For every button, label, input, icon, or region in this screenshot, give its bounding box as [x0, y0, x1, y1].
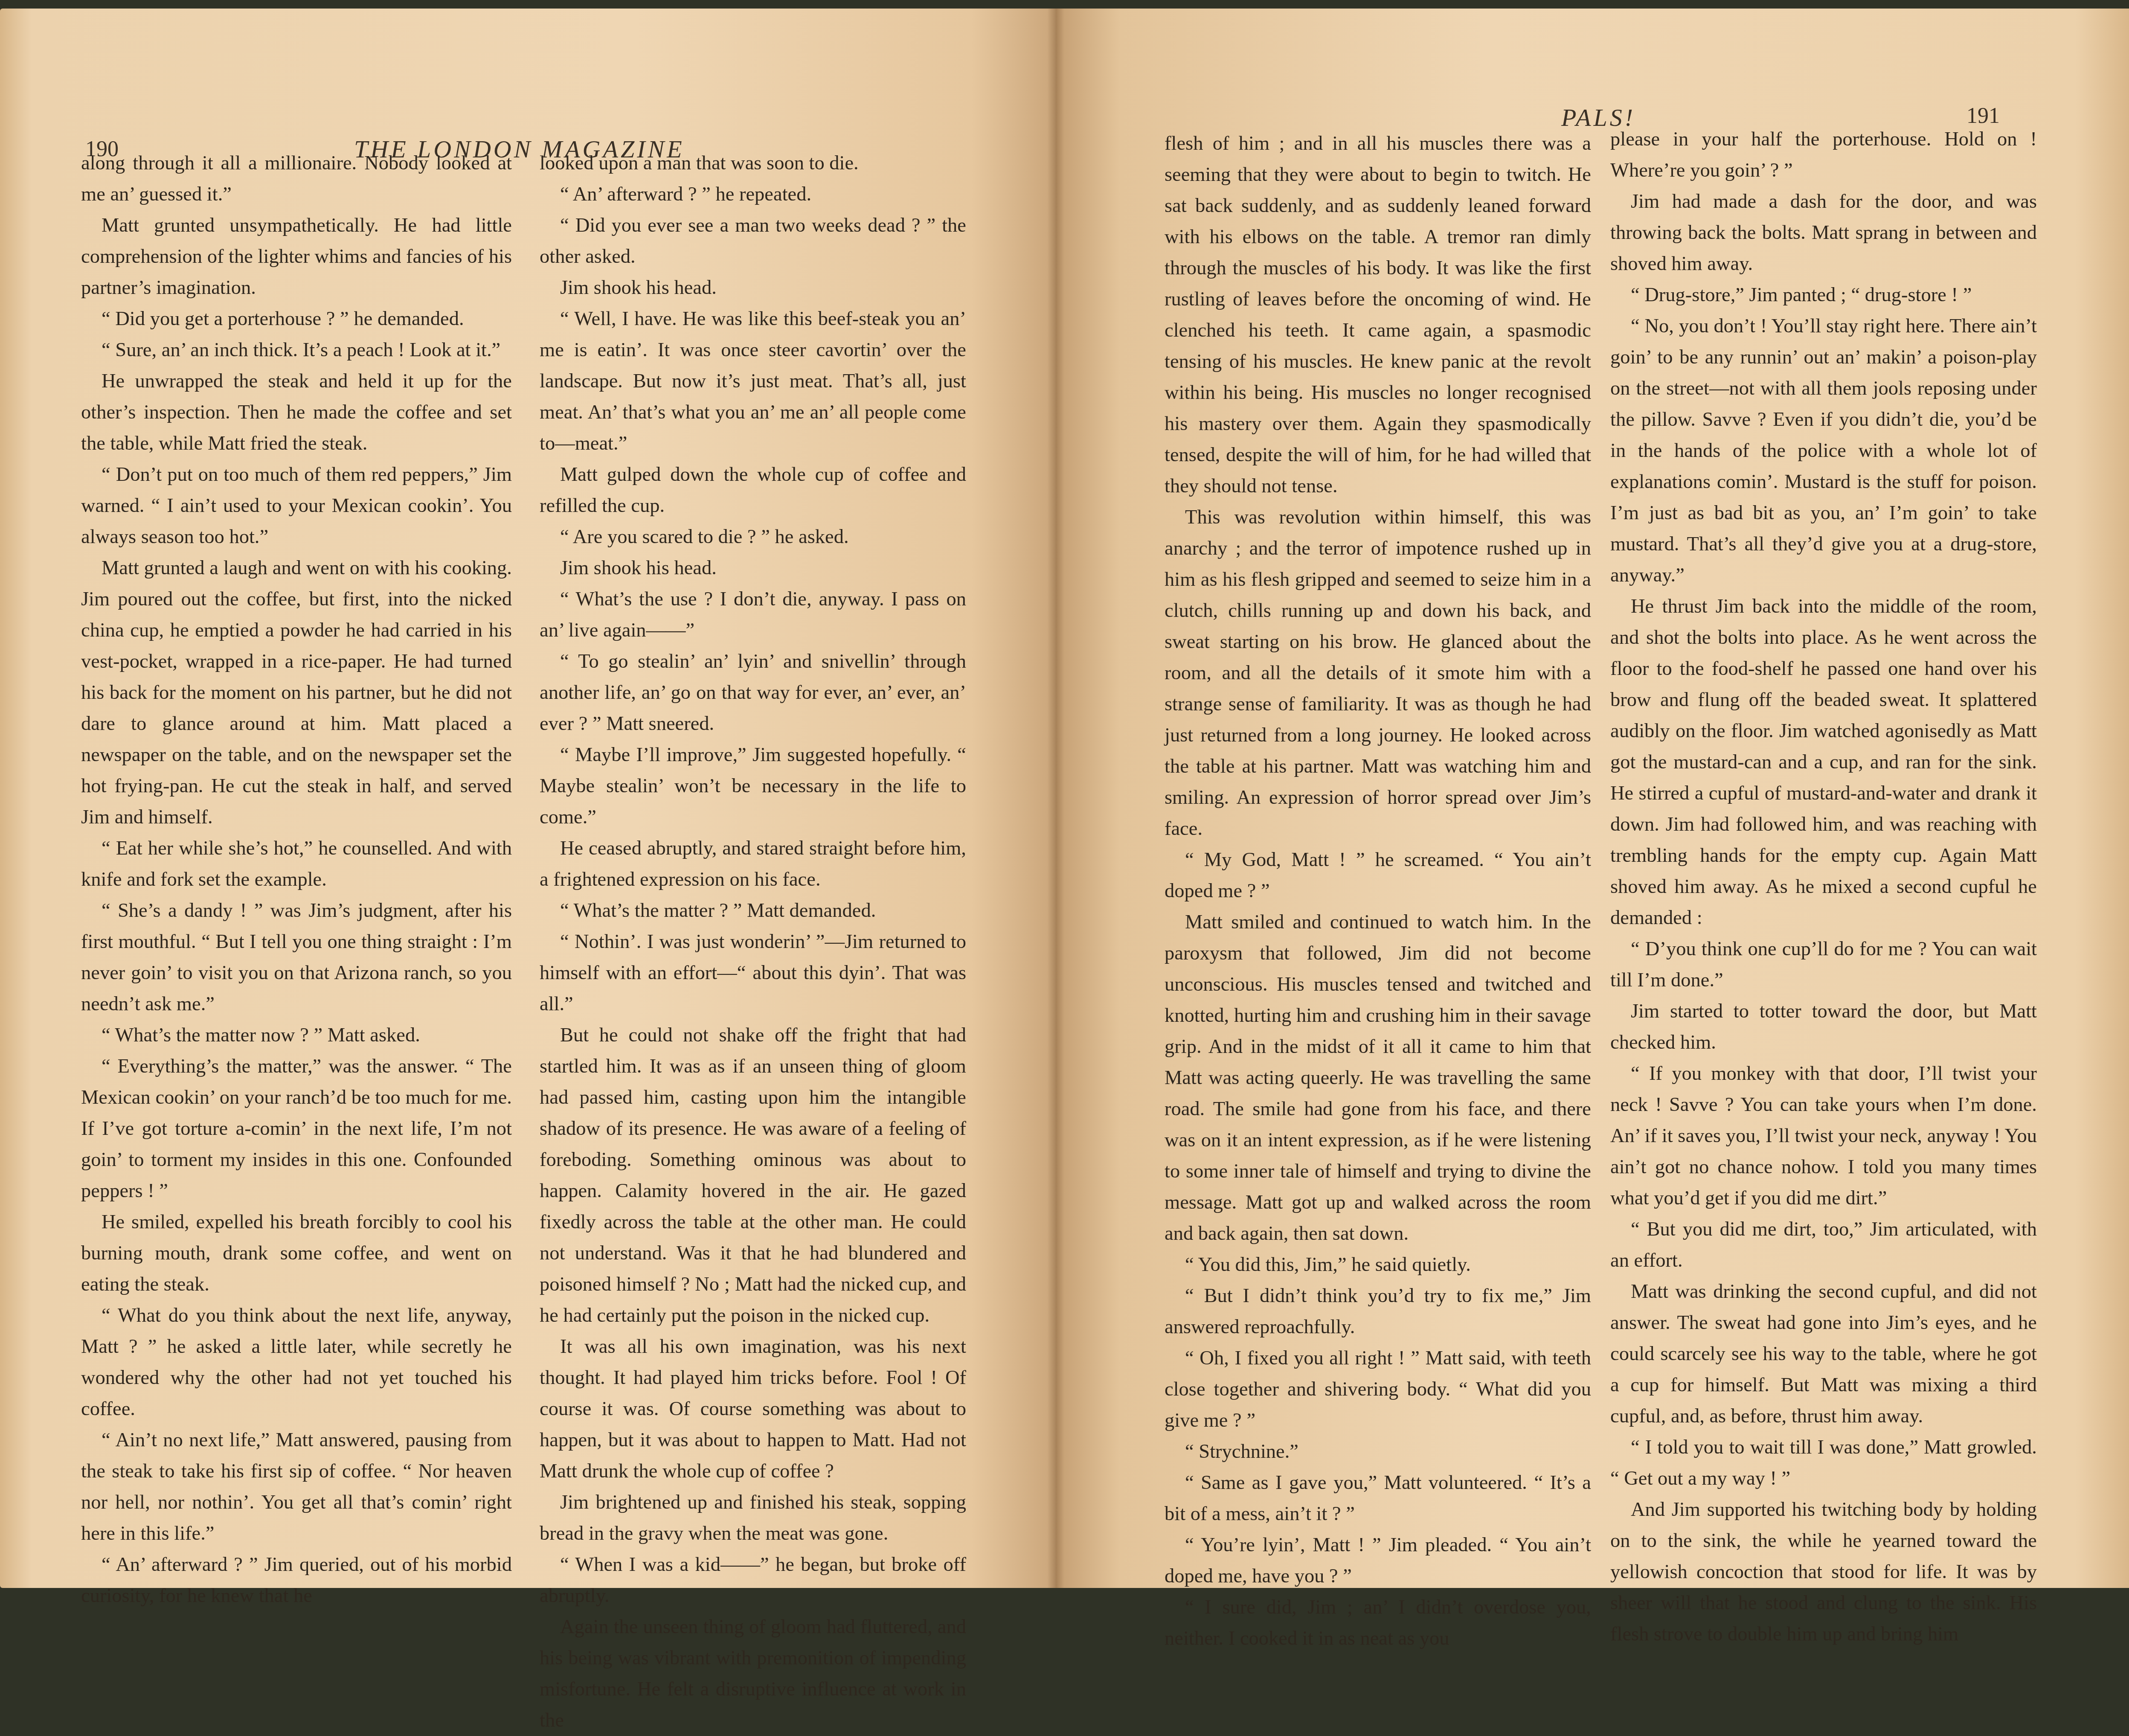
paragraph: Jim started to totter toward the door, b… [1610, 996, 2037, 1058]
paragraph: Jim shook his head. [540, 272, 966, 303]
paragraph: “ D’you think one cup’ll do for me ? You… [1610, 933, 2037, 996]
paragraph: It was all his own imagination, was his … [540, 1331, 966, 1487]
paragraph: He ceased abruptly, and stared straight … [540, 833, 966, 895]
paragraph: “ Drug-store,” Jim panted ; “ drug-store… [1610, 279, 2037, 311]
paragraph: And Jim supported his twitching body by … [1610, 1494, 2037, 1588]
left-column-1: along through it all a millionaire. Nobo… [81, 148, 512, 1588]
paragraph: “ Same as I gave you,” Matt volunteered.… [1165, 1467, 1591, 1530]
paragraph: “ I told you to wait till I was done,” M… [1610, 1432, 2037, 1494]
left-page: 190 THE LONDON MAGAZINE along through it… [0, 9, 1056, 1588]
paragraph: “ What do you think about the next life,… [81, 1300, 512, 1425]
paragraph: “ What’s the use ? I don’t die, anyway. … [540, 584, 966, 646]
paragraph: Matt grunted a laugh and went on with hi… [81, 552, 512, 833]
right-column-2: please in your half the porterhouse. Hol… [1610, 124, 2037, 1588]
paragraph: flesh of him ; and in all his muscles th… [1165, 128, 1591, 502]
paragraph: Matt smiled and continued to watch him. … [1165, 907, 1591, 1249]
paragraph: “ You did this, Jim,” he said quietly. [1165, 1249, 1591, 1280]
paragraph: “ Sure, an’ an inch thick. It’s a peach … [81, 334, 512, 366]
paragraph: This was revolution within himself, this… [1165, 502, 1591, 844]
paragraph: “ An’ afterward ? ” he repeated. [540, 179, 966, 210]
left-column-2: looked upon a man that was soon to die.“… [540, 148, 966, 1588]
paragraph: looked upon a man that was soon to die. [540, 148, 966, 179]
paragraph: Jim had made a dash for the door, and wa… [1610, 186, 2037, 279]
paragraph: “ She’s a dandy ! ” was Jim’s judgment, … [81, 895, 512, 1020]
paragraph: “ No, you don’t ! You’ll stay right here… [1610, 311, 2037, 591]
paragraph: “ Well, I have. He was like this beef-st… [540, 303, 966, 459]
paragraph: He smiled, expelled his breath forcibly … [81, 1207, 512, 1300]
paragraph: “ What’s the matter now ? ” Matt asked. [81, 1020, 512, 1051]
paragraph: “ What’s the matter ? ” Matt demanded. [540, 895, 966, 926]
paragraph: “ Did you get a porterhouse ? ” he deman… [81, 303, 512, 334]
paragraph: “ When I was a kid——” he began, but brok… [540, 1549, 966, 1588]
paragraph: “ Are you scared to die ? ” he asked. [540, 521, 966, 552]
paragraph: please in your half the porterhouse. Hol… [1610, 124, 2037, 186]
book-spread: 190 THE LONDON MAGAZINE along through it… [0, 9, 2129, 1588]
paragraph: “ Don’t put on too much of them red pepp… [81, 459, 512, 552]
paragraph: “ My God, Matt ! ” he screamed. “ You ai… [1165, 844, 1591, 907]
paragraph: “ Strychnine.” [1165, 1436, 1591, 1467]
paragraph: Matt was drinking the second cupful, and… [1610, 1276, 2037, 1432]
paragraph: “ Did you ever see a man two weeks dead … [540, 210, 966, 272]
paragraph: “ But I didn’t think you’d try to fix me… [1165, 1280, 1591, 1343]
paragraph: Jim shook his head. [540, 552, 966, 584]
paragraph: “ Nothin’. I was just wonderin’ ”—Jim re… [540, 926, 966, 1020]
paragraph: “ Oh, I fixed you all right ! ” Matt sai… [1165, 1343, 1591, 1436]
paragraph: But he could not shake off the fright th… [540, 1020, 966, 1331]
paragraph: Jim brightened up and finished his steak… [540, 1487, 966, 1549]
paragraph: Matt grunted unsympathetically. He had l… [81, 210, 512, 303]
paragraph: He unwrapped the steak and held it up fo… [81, 366, 512, 459]
paragraph: “ Everything’s the matter,” was the answ… [81, 1051, 512, 1207]
paragraph: He thrust Jim back into the middle of th… [1610, 591, 2037, 933]
paragraph: “ If you monkey with that door, I’ll twi… [1610, 1058, 2037, 1214]
book-gutter [1047, 9, 1064, 1588]
paragraph: along through it all a millionaire. Nobo… [81, 148, 512, 210]
paragraph: “ To go stealin’ an’ lyin’ and snivellin… [540, 646, 966, 739]
paragraph: “ Maybe I’ll improve,” Jim suggested hop… [540, 739, 966, 833]
paragraph: “ Eat her while she’s hot,” he counselle… [81, 833, 512, 895]
right-column-1: flesh of him ; and in all his muscles th… [1165, 128, 1591, 1588]
paragraph: “ You’re lyin’, Matt ! ” Jim pleaded. “ … [1165, 1530, 1591, 1588]
paragraph: Matt gulped down the whole cup of coffee… [540, 459, 966, 521]
paragraph: “ An’ afterward ? ” Jim queried, out of … [81, 1549, 512, 1588]
paragraph: “ Ain’t no next life,” Matt answered, pa… [81, 1425, 512, 1549]
paragraph: “ But you did me dirt, too,” Jim articul… [1610, 1214, 2037, 1276]
right-page: PALS! 191 flesh of him ; and in all his … [1056, 9, 2129, 1588]
